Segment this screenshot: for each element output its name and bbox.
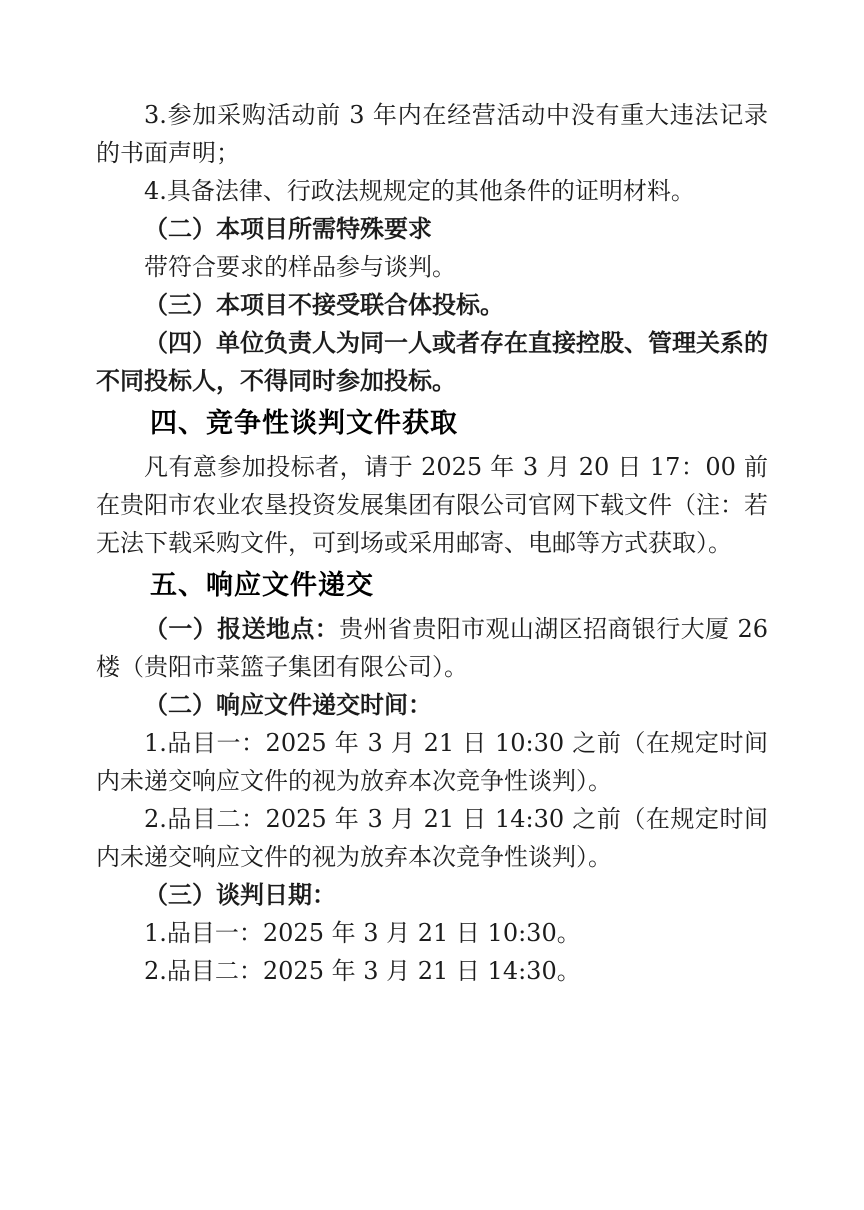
- paragraph: 1.品目一：2025 年 3 月 21 日 10:30 之前（在规定时间内未递交…: [96, 724, 768, 800]
- paragraph: （二）本项目所需特殊要求: [96, 210, 768, 248]
- paragraph: 1.品目一：2025 年 3 月 21 日 10:30。: [96, 914, 768, 952]
- paragraph: 凡有意参加投标者，请于 2025 年 3 月 20 日 17：00 前在贵阳市农…: [96, 448, 768, 562]
- section-heading: 四、竞争性谈判文件获取: [96, 401, 768, 447]
- paragraph: 4.具备法律、行政法规规定的其他条件的证明材料。: [96, 172, 768, 210]
- document-page: 3.参加采购活动前 3 年内在经营活动中没有重大违法记录的书面声明；4.具备法律…: [0, 0, 864, 1210]
- paragraph: （三）谈判日期：: [96, 876, 768, 914]
- paragraph: 带符合要求的样品参与谈判。: [96, 248, 768, 286]
- section-heading: 五、响应文件递交: [96, 563, 768, 609]
- document-body: 3.参加采购活动前 3 年内在经营活动中没有重大违法记录的书面声明；4.具备法律…: [96, 96, 768, 990]
- paragraph: （一）报送地点：贵州省贵阳市观山湖区招商银行大厦 26 楼（贵阳市菜篮子集团有限…: [96, 610, 768, 686]
- paragraph-lead: （一）报送地点：: [144, 614, 339, 643]
- paragraph: 3.参加采购活动前 3 年内在经营活动中没有重大违法记录的书面声明；: [96, 96, 768, 172]
- paragraph: （三）本项目不接受联合体投标。: [96, 286, 768, 324]
- paragraph: （四）单位负责人为同一人或者存在直接控股、管理关系的不同投标人，不得同时参加投标…: [96, 324, 768, 400]
- paragraph: （二）响应文件递交时间：: [96, 686, 768, 724]
- paragraph: 2.品目二：2025 年 3 月 21 日 14:30 之前（在规定时间内未递交…: [96, 800, 768, 876]
- paragraph: 2.品目二：2025 年 3 月 21 日 14:30。: [96, 952, 768, 990]
